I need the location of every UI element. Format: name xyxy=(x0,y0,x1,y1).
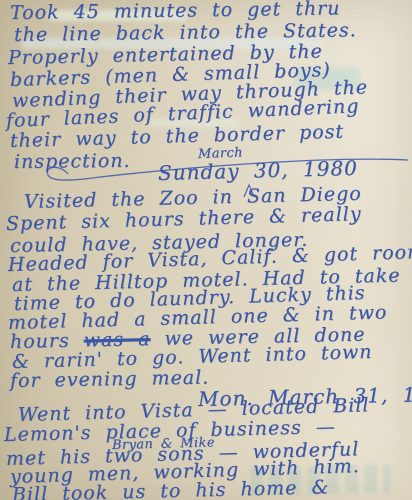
journal-page: Took 45 minutes to get thru the line bac… xyxy=(0,0,412,500)
handwritten-line: for evening meal. xyxy=(10,369,210,391)
date-line-sunday: Sunday 30, 1980 xyxy=(158,158,358,183)
